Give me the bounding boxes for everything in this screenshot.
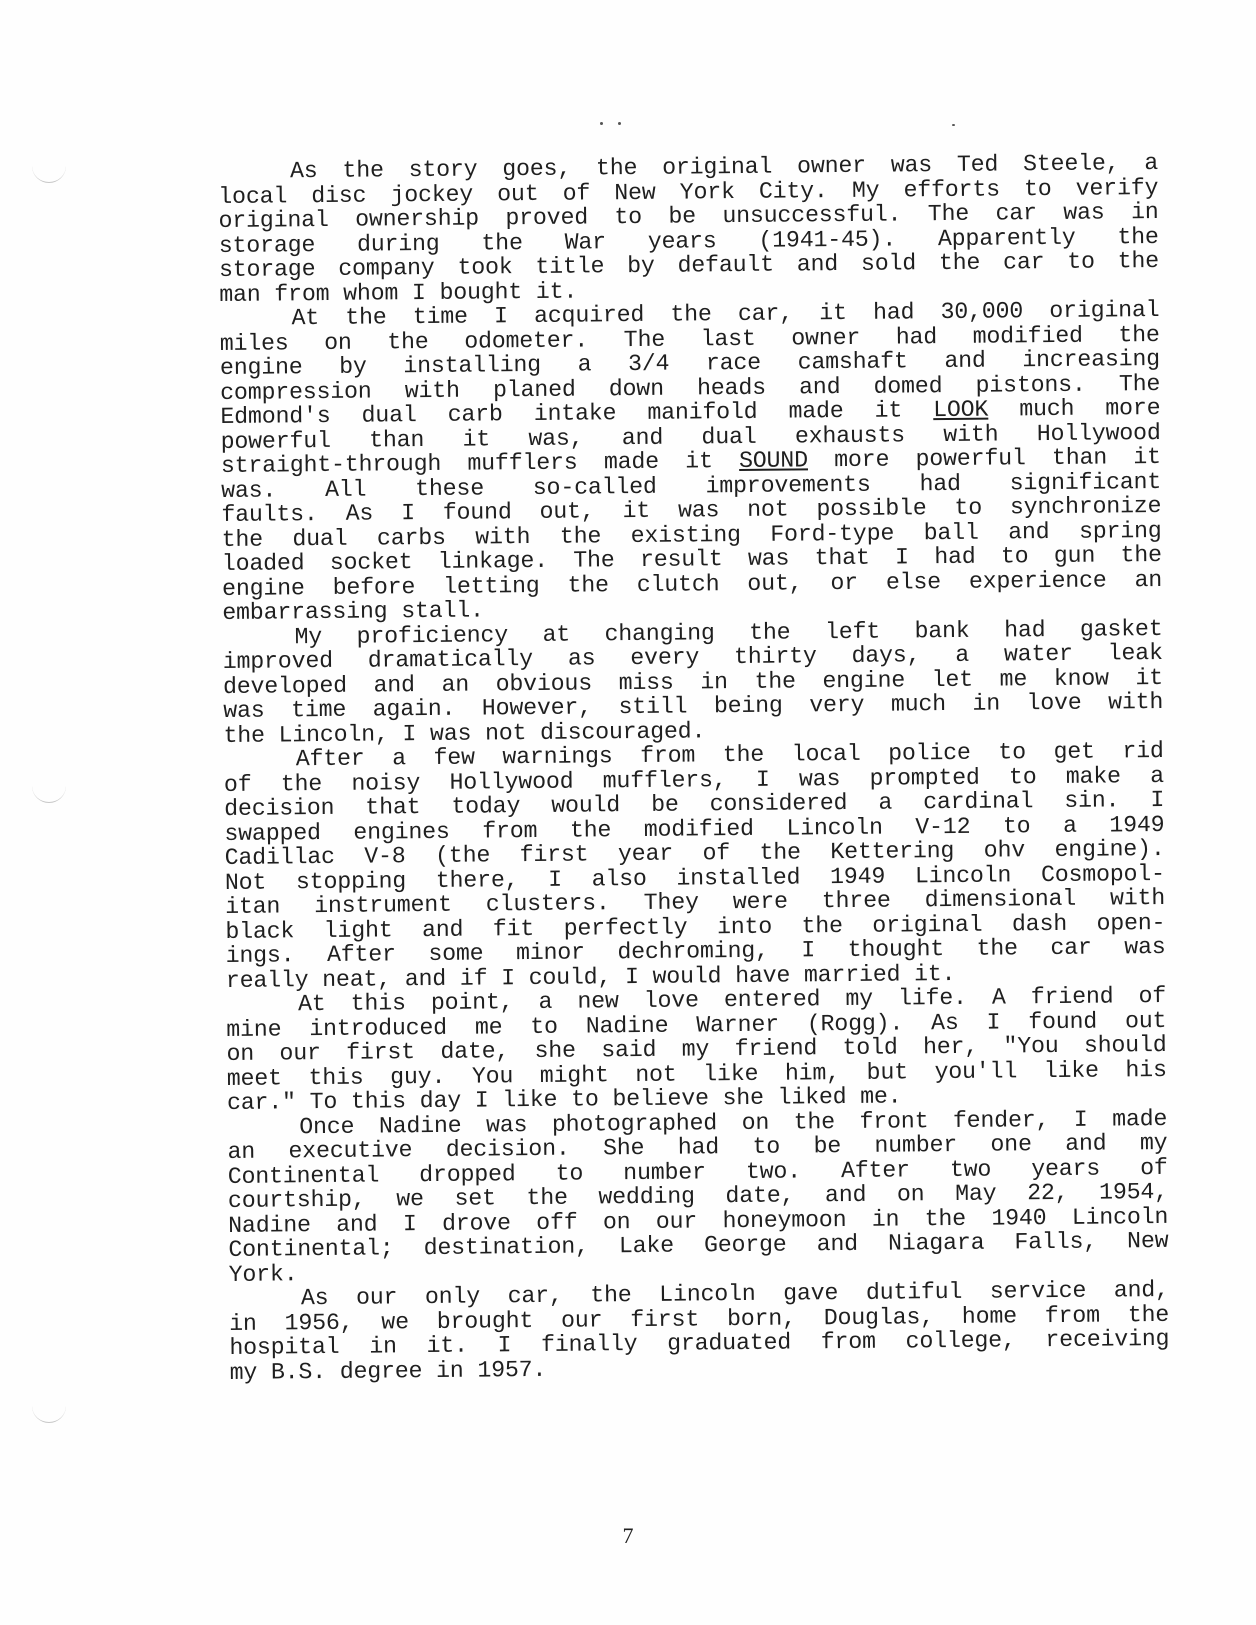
paragraph: At this point, a new love entered my lif… [226,984,1167,1116]
document-page: As the story goes, the original owner wa… [0,0,1256,1625]
page-number: 7 [0,1523,1256,1549]
scan-speck [952,124,955,126]
paragraph: My proficiency at changing the left bank… [222,616,1163,748]
hole-punch-mark [32,780,66,803]
paragraph: Once Nadine was photographed on the fron… [227,1106,1169,1287]
scan-speck [600,122,603,125]
document-body: As the story goes, the original owner wa… [218,151,1170,1385]
paragraph: After a few warnings from the local poli… [224,739,1166,993]
underlined-word: SOUND [739,447,808,474]
hole-punch-mark [32,1400,66,1423]
scan-speck [618,122,621,125]
paragraph: As our only car, the Lincoln gave dutifu… [229,1278,1170,1385]
underlined-word: LOOK [933,397,988,424]
paragraph: At the time I acquired the car, it had 3… [219,298,1162,626]
paragraph: As the story goes, the original owner wa… [218,151,1159,307]
hole-punch-mark [32,160,66,183]
